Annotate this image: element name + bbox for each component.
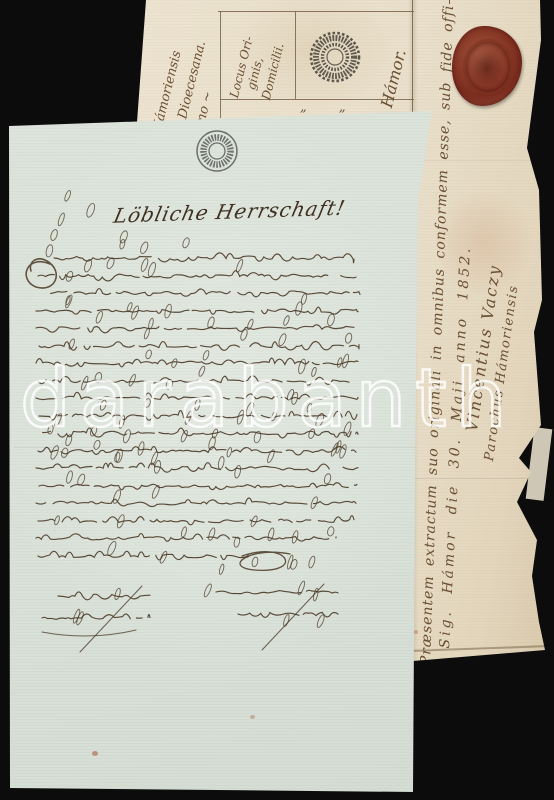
rosette-stamp-icon (305, 27, 365, 87)
foxing-spot (414, 630, 418, 634)
fold-crease (413, 160, 541, 162)
letter-body-script (6, 104, 440, 798)
ditto-marks: „ „ (300, 100, 360, 115)
front-letter: Löbliche Herrschaft! (6, 104, 440, 798)
foxing-spot (92, 751, 98, 756)
table-line (220, 11, 221, 118)
fold-crease (405, 478, 547, 480)
table-line (295, 11, 296, 99)
photo-scene: Hámoriensis A. Dioecesana. imo ~ Locus O… (0, 0, 554, 800)
table-line (218, 11, 414, 12)
foxing-spot (250, 715, 255, 719)
